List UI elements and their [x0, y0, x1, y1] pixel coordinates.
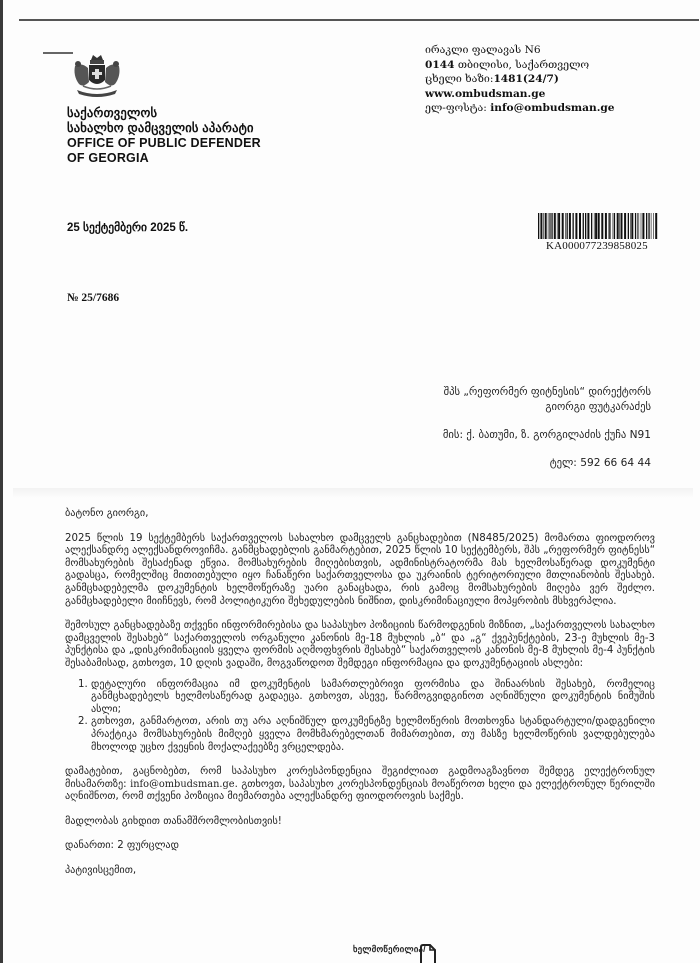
letter-date: 25 სექტემბერი 2025 წ.: [67, 220, 188, 234]
org-line-1: საქართველოს: [67, 106, 261, 121]
website[interactable]: www.ombudsman.ge: [425, 87, 615, 102]
request-item-1: დეტალური ინფორმაცია იმ დოკუმენტის სამართ…: [91, 679, 655, 717]
address-city: 0144 თბილისი, საქართველო: [425, 58, 615, 73]
email-link[interactable]: info@ombudsman.ge: [490, 102, 614, 114]
city-country: თბილისი, საქართველო: [458, 59, 589, 71]
salutation: ბატონო გიორგი,: [65, 508, 655, 521]
hotline: ცხელი ხაზი:1481(24/7): [425, 72, 615, 87]
registration-number: № 25/7686: [67, 292, 119, 304]
hotline-value: 1481(24/7): [493, 73, 559, 85]
contact-block: ირაკლი ფალავას N6 0144 თბილისი, საქართვე…: [425, 43, 615, 116]
address-street: ირაკლი ფალავას N6: [425, 43, 615, 58]
recipient-name: გიორგი ფუტკარაძეს: [443, 400, 651, 415]
thanks-line: მადლობას გიხდით თანამშრომლობისთვის!: [65, 816, 655, 829]
closing: პატივისცემით,: [65, 865, 655, 878]
barcode-number: KA000077239858025: [546, 240, 648, 252]
recipient-phone: ტელ: 592 66 64 44: [443, 456, 651, 471]
paragraph-2: შემოსულ განცხადებაზე თქვენი ინფორმირების…: [65, 620, 655, 670]
scan-top-edge: [19, 19, 699, 21]
request-item-2: გთხოვთ, განმარტოთ, არის თუ არა აღნიშნულ …: [91, 716, 655, 754]
email-label: ელ-ფოსტა:: [425, 102, 487, 114]
paragraph-3: დამატებით, გაცნობებთ, რომ საპასუხო კორეს…: [65, 766, 655, 804]
reply-email-link[interactable]: info@ombudsman.ge: [130, 779, 234, 790]
org-line-4: OF GEORGIA: [67, 151, 261, 166]
postal-code: 0144: [425, 59, 455, 71]
georgia-coat-of-arms-icon: [69, 52, 125, 100]
organization-name: საქართველოს სახალხო დამცველის აპარატი OF…: [67, 106, 261, 166]
recipient-title: შპს „რეფორმერ ფიტნესის“ დირექტორს: [443, 385, 651, 400]
recipient-block: შპს „რეფორმერ ფიტნესის“ დირექტორს გიორგი…: [443, 385, 651, 471]
letter-page: საქართველოს სახალხო დამცველის აპარატი OF…: [0, 0, 700, 963]
scan-fold-shadow: [13, 488, 693, 498]
website-link[interactable]: www.ombudsman.ge: [425, 88, 545, 100]
letter-body: ბატონო გიორგი, 2025 წლის 19 სექტემბერს ს…: [65, 508, 655, 878]
email: ელ-ფოსტა: info@ombudsman.ge: [425, 101, 615, 116]
signed-stamp-label: ხელმოწერილია/: [353, 944, 426, 955]
barcode: [538, 213, 658, 239]
document-icon: [419, 943, 437, 963]
paragraph-1: 2025 წლის 19 სექტემბერს საქართველოს სახა…: [65, 533, 655, 609]
recipient-address: მის: ქ. ბათუმი, ზ. გორგილაძის ქუჩა N91: [443, 428, 651, 443]
hotline-label: ცხელი ხაზი:: [425, 73, 493, 85]
request-list: დეტალური ინფორმაცია იმ დოკუმენტის სამართ…: [65, 679, 655, 755]
org-line-3: OFFICE OF PUBLIC DEFENDER: [67, 136, 261, 151]
attachment-note: დანართი: 2 ფურცლად: [65, 840, 655, 853]
org-line-2: სახალხო დამცველის აპარატი: [67, 121, 261, 136]
